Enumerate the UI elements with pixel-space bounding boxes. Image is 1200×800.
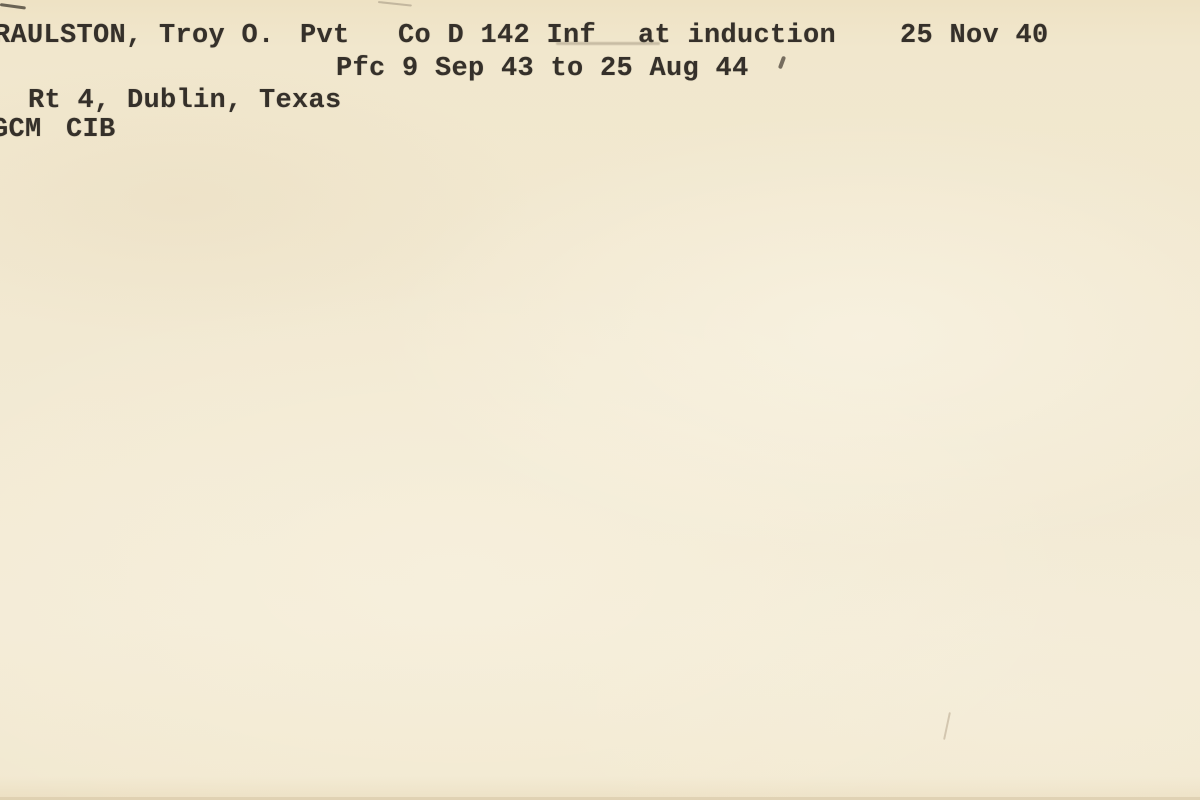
pen-streak-artifact <box>0 3 26 10</box>
induction-note: at induction <box>638 21 836 51</box>
unit-designation: Co D 142 Inf <box>398 21 596 51</box>
address-line: Rt 4, Dublin, Texas <box>28 86 342 116</box>
underline-smudge-artifact <box>556 42 660 45</box>
induction-date: 25 Nov 40 <box>900 21 1049 51</box>
awards-line: GCM CIB <box>0 115 400 235</box>
rank-at-induction: Pvt <box>300 21 350 51</box>
award-cib: CIB <box>66 115 116 145</box>
promotion-line: Pfc 9 Sep 43 to 25 Aug 44 <box>336 54 749 84</box>
soldier-name: RAULSTON, Troy O. <box>0 21 275 51</box>
award-gcm: GCM <box>0 115 42 145</box>
service-record-card: RAULSTON, Troy O. Pvt Co D 142 Inf at in… <box>0 0 1200 800</box>
faint-streak-artifact <box>378 1 412 7</box>
paper-crease-artifact <box>943 712 951 740</box>
